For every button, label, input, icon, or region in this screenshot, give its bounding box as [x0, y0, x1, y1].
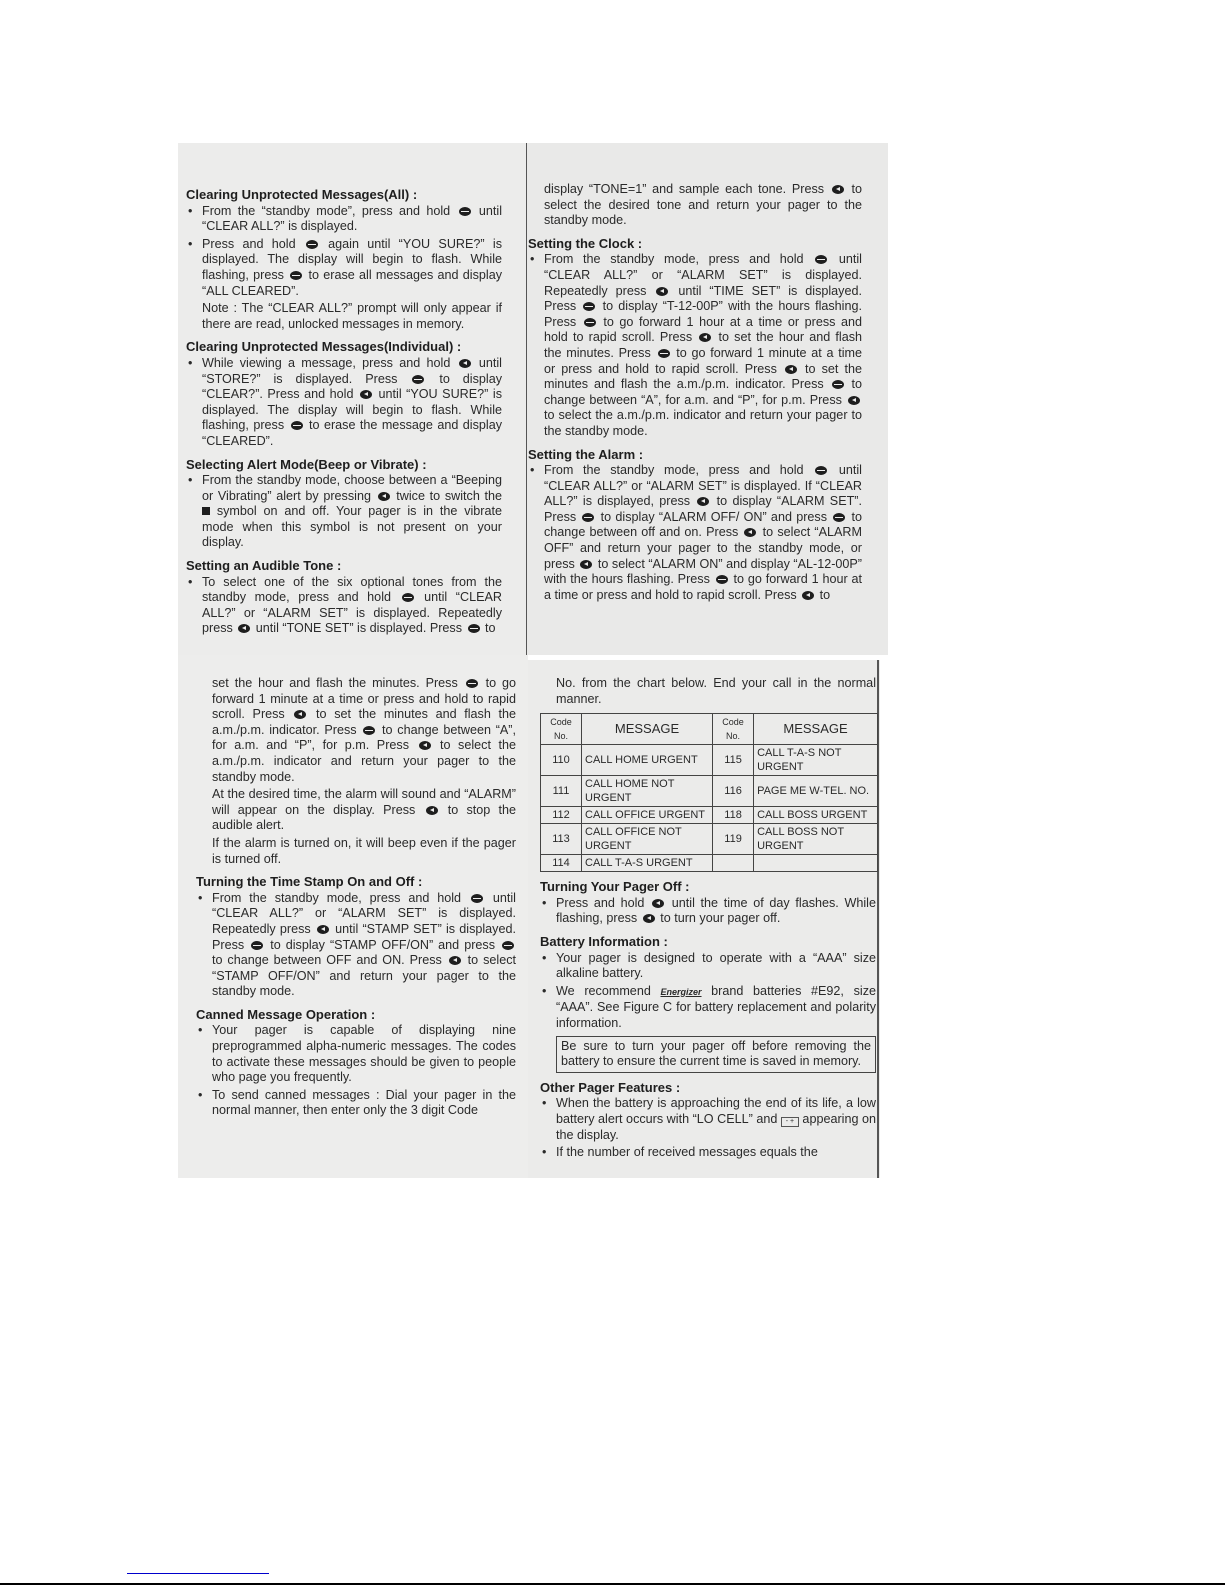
energizer-logo: Energizer — [661, 985, 702, 1001]
section-heading: Setting an Audible Tone : — [186, 558, 502, 574]
column-top-left: Clearing Unprotected Messages(All) :From… — [186, 180, 502, 639]
bullet-list: From the standby mode, press and hold un… — [528, 252, 862, 439]
list-item: We recommend Energizer brand batteries #… — [556, 984, 876, 1032]
minus-button-icon — [815, 466, 827, 475]
bullet-list: While viewing a message, press and hold … — [186, 356, 502, 450]
minus-button-icon — [658, 349, 670, 358]
select-button-icon — [449, 956, 461, 965]
select-button-icon — [744, 528, 756, 537]
message-cell: CALL HOME URGENT — [582, 745, 713, 776]
section-heading: Other Pager Features : — [540, 1080, 876, 1096]
select-button-icon — [378, 492, 390, 501]
bullet-list: Press and hold until the time of day fla… — [540, 896, 876, 927]
minus-button-icon — [471, 894, 483, 903]
bullet-list: Your pager is capable of displaying nine… — [196, 1023, 516, 1119]
message-cell: CALL T-A-S URGENT — [582, 855, 713, 872]
select-button-icon — [802, 591, 814, 600]
table-row: 110CALL HOME URGENT115CALL T-A-S NOT URG… — [541, 745, 878, 776]
table-header: Code No. — [713, 714, 754, 745]
list-item: From the standby mode, press and hold un… — [212, 891, 516, 1000]
minus-button-icon — [363, 726, 375, 735]
select-button-icon — [652, 899, 664, 908]
code-cell: 112 — [541, 807, 582, 824]
table-row: 113CALL OFFICE NOT URGENT119CALL BOSS NO… — [541, 824, 878, 855]
select-button-icon — [294, 710, 306, 719]
code-cell: 113 — [541, 824, 582, 855]
select-button-icon — [785, 365, 797, 374]
select-button-icon — [419, 741, 431, 750]
note-text: Note : The “CLEAR ALL?” prompt will only… — [202, 301, 502, 332]
select-button-icon — [580, 560, 592, 569]
table-header: MESSAGE — [754, 714, 878, 745]
select-button-icon — [699, 333, 711, 342]
minus-button-icon — [584, 318, 596, 327]
select-button-icon — [656, 287, 668, 296]
minus-button-icon — [412, 375, 424, 384]
section-heading: Battery Information : — [540, 934, 876, 950]
minus-button-icon — [290, 271, 302, 280]
bullet-list: From the “standby mode”, press and hold … — [186, 204, 502, 300]
section-heading: Setting the Clock : — [528, 236, 862, 252]
list-item: Press and hold again until “YOU SURE?” i… — [202, 237, 502, 299]
minus-button-icon — [833, 513, 845, 522]
column-top-right: display “TONE=1” and sample each tone. P… — [528, 182, 862, 605]
code-cell — [713, 855, 754, 872]
code-cell: 111 — [541, 776, 582, 807]
table-row: 112CALL OFFICE URGENT118CALL BOSS URGENT — [541, 807, 878, 824]
bullet-list: From the standby mode, press and hold un… — [528, 463, 862, 603]
hyperlink-underline[interactable] — [127, 1573, 269, 1574]
minus-button-icon — [815, 255, 827, 264]
code-cell: 118 — [713, 807, 754, 824]
message-cell: CALL OFFICE URGENT — [582, 807, 713, 824]
select-button-icon — [317, 925, 329, 934]
table-row: 111CALL HOME NOT URGENT116PAGE ME W-TEL.… — [541, 776, 878, 807]
list-item: Press and hold until the time of day fla… — [556, 896, 876, 927]
message-cell: CALL BOSS NOT URGENT — [754, 824, 878, 855]
list-item: Your pager is designed to operate with a… — [556, 951, 876, 982]
minus-button-icon — [582, 513, 594, 522]
message-cell — [754, 855, 878, 872]
alarm-note: If the alarm is turned on, it will beep … — [212, 836, 516, 867]
code-cell: 114 — [541, 855, 582, 872]
minus-button-icon — [466, 679, 478, 688]
column-bottom-left: set the hour and flash the minutes. Pres… — [196, 676, 516, 1121]
message-cell: CALL OFFICE NOT URGENT — [582, 824, 713, 855]
list-item: If the number of received messages equal… — [556, 1145, 876, 1161]
battery-warning-box: Be sure to turn your pager off before re… — [556, 1036, 876, 1073]
minus-button-icon — [251, 941, 263, 950]
message-cell: CALL T-A-S NOT URGENT — [754, 745, 878, 776]
bullet-list: To select one of the six optional tones … — [186, 575, 502, 637]
select-button-icon — [643, 914, 655, 923]
select-button-icon — [697, 497, 709, 506]
minus-button-icon — [306, 240, 318, 249]
list-item: From the “standby mode”, press and hold … — [202, 204, 502, 235]
list-item: From the standby mode, press and hold un… — [544, 252, 862, 439]
bullet-list: When the battery is approaching the end … — [540, 1096, 876, 1160]
column-bottom-right: No. from the chart below. End your call … — [540, 676, 876, 1163]
list-item: When the battery is approaching the end … — [556, 1096, 876, 1143]
continuation-text: set the hour and flash the minutes. Pres… — [212, 676, 516, 785]
minus-button-icon — [402, 593, 414, 602]
alarm-paragraph: At the desired time, the alarm will soun… — [212, 787, 516, 834]
select-button-icon — [360, 390, 372, 399]
message-cell: CALL BOSS URGENT — [754, 807, 878, 824]
speaker-icon — [202, 507, 210, 515]
section-heading: Clearing Unprotected Messages(All) : — [186, 187, 502, 203]
bullet-list: Your pager is designed to operate with a… — [540, 951, 876, 1032]
select-button-icon — [426, 806, 438, 815]
page-fold-line — [526, 143, 527, 655]
section-heading: Selecting Alert Mode(Beep or Vibrate) : — [186, 457, 502, 473]
canned-message-code-table: Code No.MESSAGECode No.MESSAGE110CALL HO… — [540, 713, 878, 872]
minus-button-icon — [716, 575, 728, 584]
low-battery-icon: - + — [781, 1117, 799, 1127]
table-header: Code No. — [541, 714, 582, 745]
select-button-icon — [848, 396, 860, 405]
minus-button-icon — [468, 624, 480, 633]
section-heading: Canned Message Operation : — [196, 1007, 516, 1023]
continuation-text: No. from the chart below. End your call … — [556, 676, 876, 707]
list-item: From the standby mode, choose between a … — [202, 473, 502, 551]
list-item: Your pager is capable of displaying nine… — [212, 1023, 516, 1085]
bullet-list: From the standby mode, press and hold un… — [196, 891, 516, 1000]
minus-button-icon — [459, 207, 471, 216]
message-cell: PAGE ME W-TEL. NO. — [754, 776, 878, 807]
bullet-list: From the standby mode, choose between a … — [186, 473, 502, 551]
code-cell: 116 — [713, 776, 754, 807]
minus-button-icon — [291, 421, 303, 430]
section-heading: Setting the Alarm : — [528, 447, 862, 463]
table-row: 114CALL T-A-S URGENT — [541, 855, 878, 872]
list-item: To send canned messages : Dial your page… — [212, 1088, 516, 1119]
select-button-icon — [459, 359, 471, 368]
code-cell: 115 — [713, 745, 754, 776]
continuation-text: display “TONE=1” and sample each tone. P… — [544, 182, 862, 229]
minus-button-icon — [502, 941, 514, 950]
list-item: While viewing a message, press and hold … — [202, 356, 502, 450]
table-header: MESSAGE — [582, 714, 713, 745]
minus-button-icon — [832, 380, 844, 389]
code-cell: 119 — [713, 824, 754, 855]
list-item: To select one of the six optional tones … — [202, 575, 502, 637]
message-cell: CALL HOME NOT URGENT — [582, 776, 713, 807]
section-heading: Turning Your Pager Off : — [540, 879, 876, 895]
section-heading: Clearing Unprotected Messages(Individual… — [186, 339, 502, 355]
select-button-icon — [238, 624, 250, 633]
code-cell: 110 — [541, 745, 582, 776]
list-item: From the standby mode, press and hold un… — [544, 463, 862, 603]
section-heading: Turning the Time Stamp On and Off : — [196, 874, 516, 890]
minus-button-icon — [583, 302, 595, 311]
select-button-icon — [832, 185, 844, 194]
